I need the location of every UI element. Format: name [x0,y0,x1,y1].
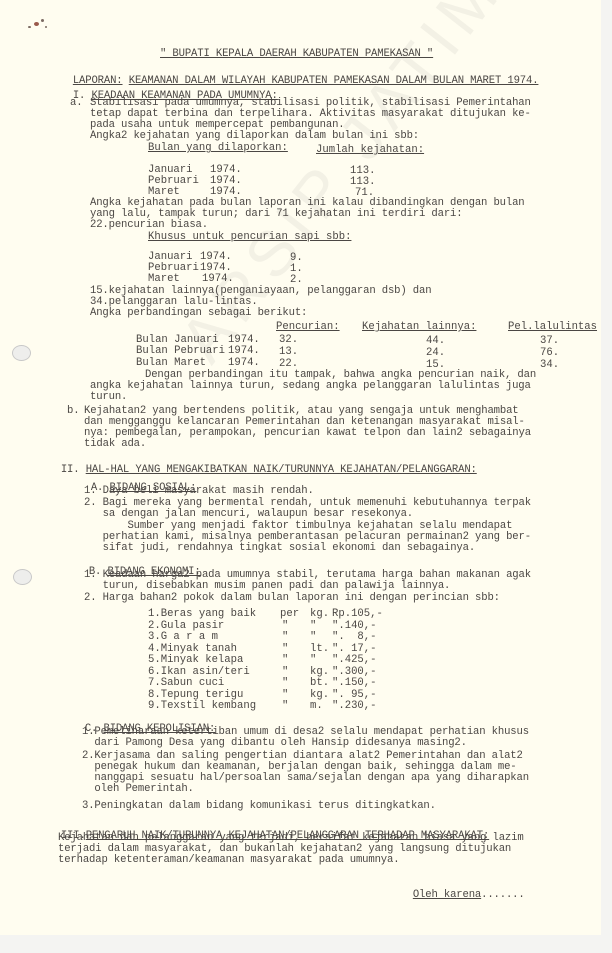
item-b-label: b. [67,406,79,417]
table-header: Bulan yang dilaporkan: [148,143,288,154]
punch-hole [13,569,32,585]
ink-blot [34,22,39,26]
continuation-note: Oleh karena....... [388,879,525,912]
table-header: Kejahatan lainnya: [362,322,476,333]
document-page: ARSIP JATIM " BUPATI KEPALA DAERAH KABUP… [0,0,601,935]
table-header: Pencurian: [276,322,340,333]
table-header: Pel.lalulintas [508,322,597,333]
table-header: Jumlah kejahatan: [316,145,424,156]
table-header: Khusus untuk pencurian sapi sbb: [148,232,351,243]
ink-blot [28,26,31,28]
ink-blot [45,26,47,28]
document-title: " BUPATI KEPALA DAERAH KABUPATEN PAMEKAS… [160,49,433,60]
ink-blot [41,19,44,22]
punch-hole [12,345,31,361]
item-a-label: a. [70,98,82,109]
